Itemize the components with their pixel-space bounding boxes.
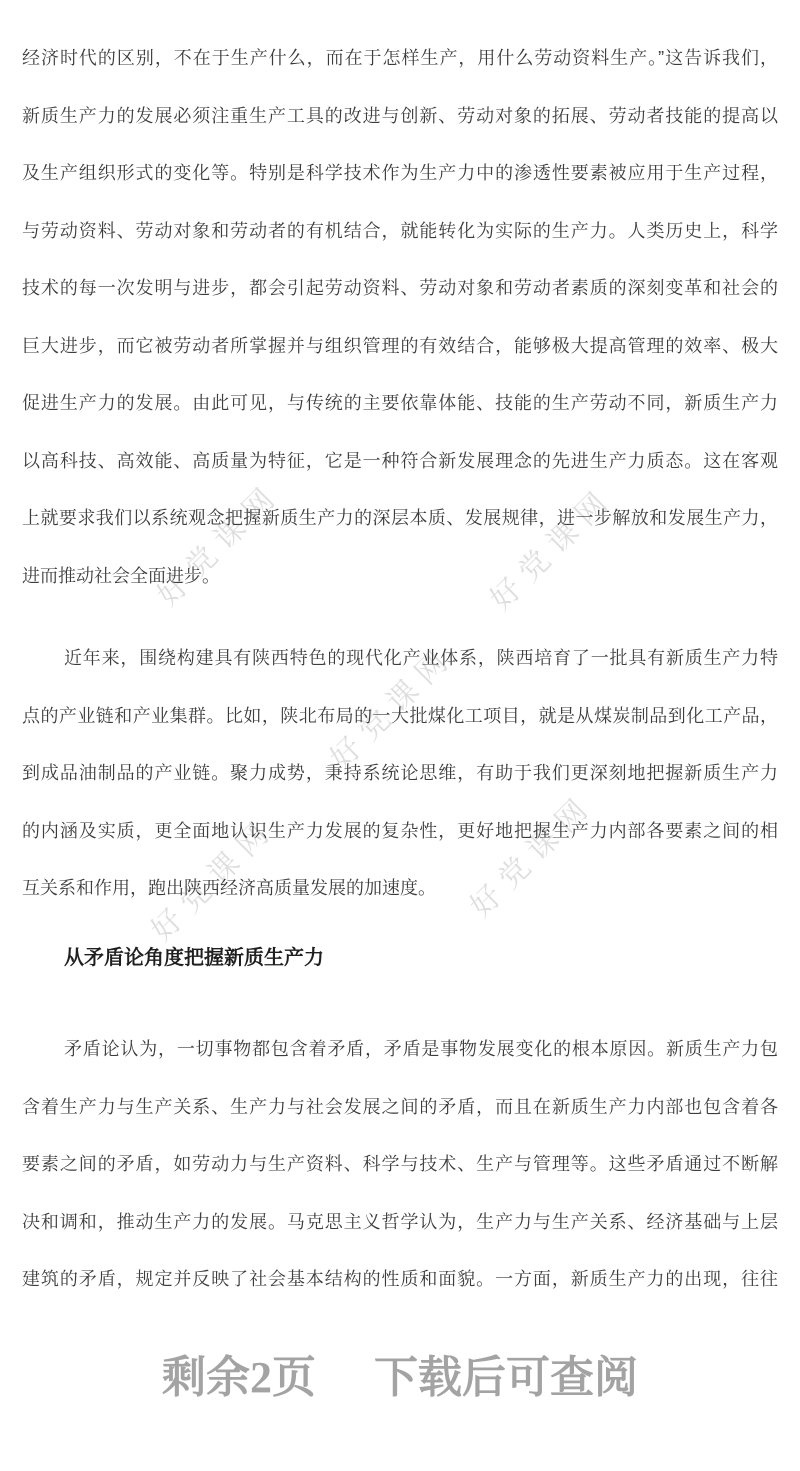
text-line: 决和调和，推动生产力的发展。马克思主义哲学认为，生产力与生产关系、经济基础与上层 [22,1194,778,1252]
paragraph: 近年来，围绕构建具有陕西特色的现代化产业体系，陕西培育了一批具有新质生产力特 点… [22,630,778,918]
document-page: 好党课网 好党课网 好党课网 好党课网 好党课网 经济时代的区别，不在于生产什么… [0,0,800,1471]
text-line: 技术的每一次发明与进步，都会引起劳动资料、劳动对象和劳动者素质的深刻变革和社会的 [22,260,778,318]
text-line: 及生产组织形式的变化等。特别是科学技术作为生产力中的渗透性要素被应用于生产过程， [22,145,778,203]
text-line: 近年来，围绕构建具有陕西特色的现代化产业体系，陕西培育了一批具有新质生产力特 [22,630,778,688]
text-line: 含着生产力与生产关系、生产力与社会发展之间的矛盾，而且在新质生产力内部也包含着各 [22,1079,778,1137]
section-heading: 从矛盾论角度把握新质生产力 [22,930,778,988]
paragraph: 矛盾论认为，一切事物都包含着矛盾，矛盾是事物发展变化的根本原因。新质生产力包 含… [22,1021,778,1309]
text-line: 以高科技、高效能、高质量为特征，它是一种符合新发展理念的先进生产力质态。这在客观 [22,433,778,491]
text-line: 进而推动社会全面进步。 [22,548,778,606]
remaining-pages-notice: 剩余2页下载后可查阅 [0,1348,800,1408]
text-line: 巨大进步，而它被劳动者所掌握并与组织管理的有效结合，能够极大提高管理的效率、极大 [22,318,778,376]
text-line: 的内涵及实质，更全面地认识生产力发展的复杂性，更好地把握生产力内部各要素之间的相 [22,803,778,861]
text-line: 到成品油制品的产业链。聚力成势，秉持系统论思维，有助于我们更深刻地把握新质生产力 [22,745,778,803]
text-line: 与劳动资料、劳动对象和劳动者的有机结合，就能转化为实际的生产力。人类历史上，科学 [22,203,778,261]
remaining-pages-count: 剩余2页 [162,1353,316,1402]
text-line: 要素之间的矛盾，如劳动力与生产资料、科学与技术、生产与管理等。这些矛盾通过不断解 [22,1136,778,1194]
text-line: 建筑的矛盾，规定并反映了社会基本结构的性质和面貌。一方面，新质生产力的出现，往往 [22,1251,778,1309]
text-line: 上就要求我们以系统观念把握新质生产力的深层本质、发展规律，进一步解放和发展生产力… [22,490,778,548]
text-line: 经济时代的区别，不在于生产什么，而在于怎样生产，用什么劳动资料生产。”这告诉我们… [22,30,778,88]
document-body-text: 经济时代的区别，不在于生产什么，而在于怎样生产，用什么劳动资料生产。”这告诉我们… [22,30,778,1309]
download-hint: 下载后可查阅 [374,1353,638,1402]
text-line: 矛盾论认为，一切事物都包含着矛盾，矛盾是事物发展变化的根本原因。新质生产力包 [22,1021,778,1079]
text-line: 新质生产力的发展必须注重生产工具的改进与创新、劳动对象的拓展、劳动者技能的提高以 [22,88,778,146]
text-line: 促进生产力的发展。由此可见，与传统的主要依靠体能、技能的生产劳动不同，新质生产力 [22,375,778,433]
text-line: 点的产业链和产业集群。比如，陕北布局的一大批煤化工项目，就是从煤炭制品到化工产品… [22,688,778,746]
paragraph: 经济时代的区别，不在于生产什么，而在于怎样生产，用什么劳动资料生产。”这告诉我们… [22,30,778,605]
text-line: 互关系和作用，跑出陕西经济高质量发展的加速度。 [22,860,778,918]
